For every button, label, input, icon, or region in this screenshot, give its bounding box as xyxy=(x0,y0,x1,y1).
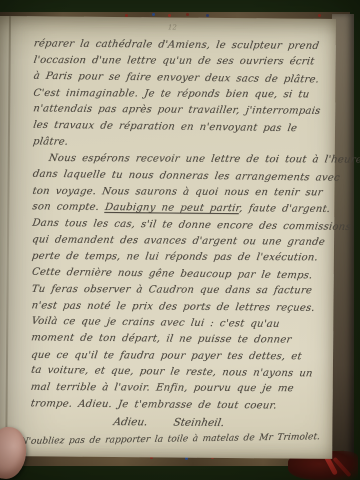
marbled-speck xyxy=(186,13,189,16)
marbled-speck xyxy=(318,14,321,17)
letter-text: Dans tous les cas, s'il te donne encore … xyxy=(32,217,352,232)
letter-line: trompe. Adieu. Je t'embrasse de tout coe… xyxy=(29,396,329,415)
farewell-text: Adieu. xyxy=(112,416,148,428)
letter-text: Tu feras observer à Caudron que dans sa … xyxy=(31,284,313,296)
letter-text: ta voiture, et que, pour le reste, nous … xyxy=(30,365,313,380)
letter-text: n'attendais pas après pour travailler, j… xyxy=(32,104,321,117)
letter-text: C'est inimaginable. Je te réponds bien q… xyxy=(33,88,311,100)
letter-line: moment de ton départ, il ne puisse te do… xyxy=(30,330,330,349)
letter-line: Tu feras observer à Caudron que dans sa … xyxy=(30,282,331,300)
page-fold-line xyxy=(5,16,11,456)
letter-text: mal terrible à l'avoir. Enfin, pourvu qu… xyxy=(30,382,295,394)
letter-text: perte de temps, ne lui réponds pas de l'… xyxy=(31,251,319,263)
letter-text: Daubigny ne peut partir xyxy=(104,202,240,214)
letter-text: moment de ton départ, il ne puisse te do… xyxy=(30,332,292,345)
letter-text: n'est pas noté le prix des ports de lett… xyxy=(31,300,316,313)
postscript-line: N'oubliez pas de rapporter la toile à ma… xyxy=(20,432,321,447)
letter-text: que ce qu'il te faudra pour payer tes de… xyxy=(30,349,302,361)
letter-text: son compte. xyxy=(32,202,106,214)
letter-text: réparer la cathédrale d'Amiens, le sculp… xyxy=(33,38,320,51)
letter-text: dans laquelle tu nous donneras les arran… xyxy=(32,168,341,183)
marbled-speck xyxy=(206,14,209,17)
letter-text: Nous espérons recevoir une lettre de toi… xyxy=(48,153,360,166)
letter-photograph: 12 réparer la cathédrale d'Amiens, le sc… xyxy=(0,0,360,480)
letter-body: réparer la cathédrale d'Amiens, le sculp… xyxy=(31,36,332,414)
letter-text: l'occasion d'une lettre qu'un de ses ouv… xyxy=(33,55,315,67)
letter-text: les travaux de réparation en n'envoyant … xyxy=(32,119,298,133)
signature-line: Adieu. Steinheil. xyxy=(54,416,282,430)
page-number-mark: 12 xyxy=(168,23,177,31)
letter-page: 12 réparer la cathédrale d'Amiens, le sc… xyxy=(0,16,336,459)
letter-text: ton voyage. Nous saurons à quoi nous en … xyxy=(32,186,324,199)
marbled-speck xyxy=(152,13,155,16)
letter-text: , faute d'argent. xyxy=(239,204,331,216)
letter-text: à Paris pour se faire envoyer deux sacs … xyxy=(33,70,320,85)
letter-text: trompe. Adieu. Je t'embrasse de tout coe… xyxy=(30,398,278,411)
letter-text: Cette dernière nous gêne beaucoup par le… xyxy=(31,266,313,281)
signature-name: Steinheil. xyxy=(172,417,225,429)
letter-text: Voilà ce que je crains avec lui : c'est … xyxy=(31,316,281,330)
letter-text: qui demandent des avances d'argent ou un… xyxy=(31,234,325,248)
letter-line: mal terrible à l'avoir. Enfin, pourvu qu… xyxy=(29,380,330,398)
letter-text: plâtre. xyxy=(32,136,69,147)
